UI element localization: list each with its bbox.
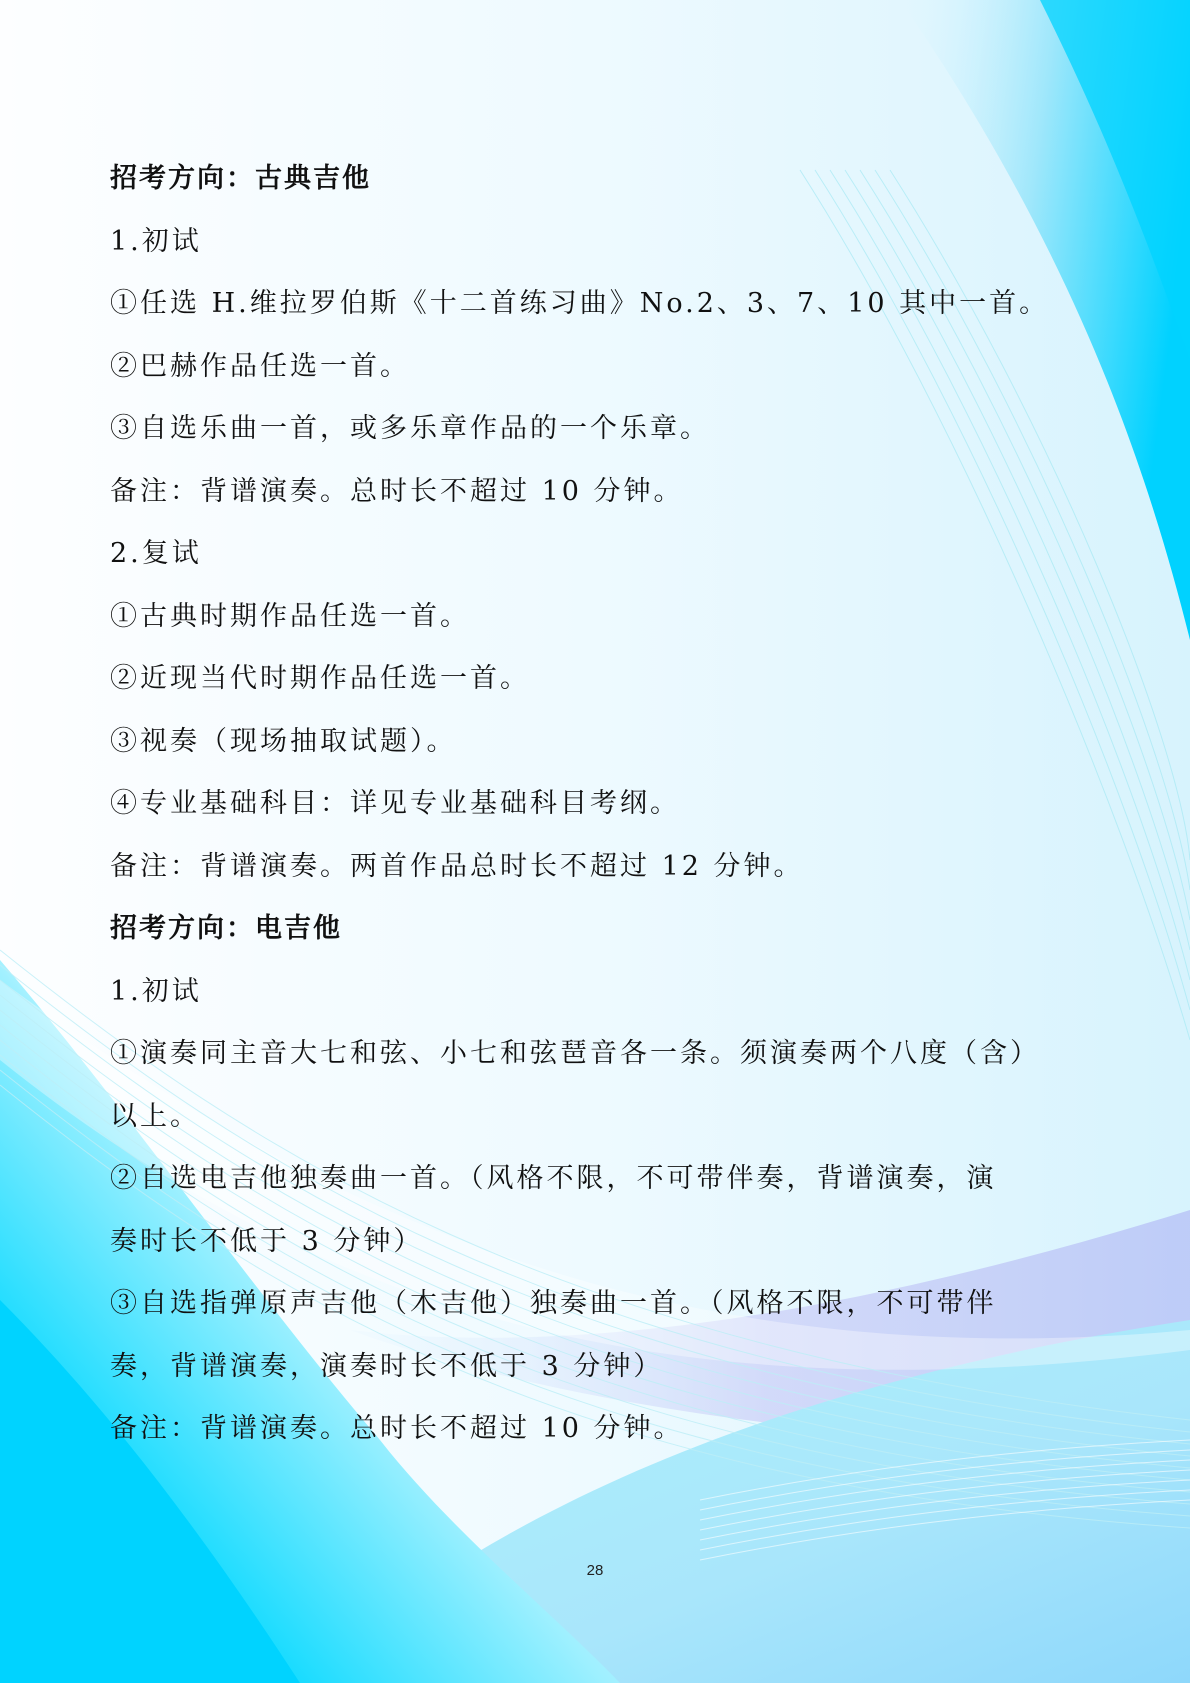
requirement-item: ②近现当代时期作品任选一首。 (110, 648, 1090, 711)
section-heading-classical-guitar: 招考方向：古典吉他 (110, 148, 1090, 211)
requirement-item: ②自选电吉他独奏曲一首。（风格不限，不可带伴奏，背谱演奏，演 (110, 1148, 1090, 1211)
section-heading-electric-guitar: 招考方向：电吉他 (110, 898, 1090, 961)
requirement-item: ①古典时期作品任选一首。 (110, 586, 1090, 649)
requirement-item: ②巴赫作品任选一首。 (110, 336, 1090, 399)
requirement-item: ③视奏（现场抽取试题）。 (110, 711, 1090, 774)
requirement-item-continued: 奏时长不低于 3 分钟） (110, 1211, 1090, 1274)
requirement-item: ③自选乐曲一首，或多乐章作品的一个乐章。 (110, 398, 1090, 461)
subsection-title: 2.复试 (110, 523, 1090, 586)
note-text: 备注：背谱演奏。总时长不超过 10 分钟。 (110, 461, 1090, 524)
document-body: 招考方向：古典吉他 1.初试 ①任选 H.维拉罗伯斯《十二首练习曲》No.2、3… (110, 148, 1090, 1461)
subsection-title: 1.初试 (110, 211, 1090, 274)
requirement-item-continued: 奏，背谱演奏，演奏时长不低于 3 分钟） (110, 1336, 1090, 1399)
page-number: 28 (0, 1562, 1190, 1579)
note-text: 备注：背谱演奏。两首作品总时长不超过 12 分钟。 (110, 836, 1090, 899)
note-text: 备注：背谱演奏。总时长不超过 10 分钟。 (110, 1398, 1090, 1461)
requirement-item-continued: 以上。 (110, 1086, 1090, 1149)
requirement-item: ③自选指弹原声吉他（木吉他）独奏曲一首。（风格不限，不可带伴 (110, 1273, 1090, 1336)
requirement-item: ①任选 H.维拉罗伯斯《十二首练习曲》No.2、3、7、10 其中一首。 (110, 273, 1090, 336)
requirement-item: ④专业基础科目：详见专业基础科目考纲。 (110, 773, 1090, 836)
subsection-title: 1.初试 (110, 961, 1090, 1024)
requirement-item: ①演奏同主音大七和弦、小七和弦琶音各一条。须演奏两个八度（含） (110, 1023, 1090, 1086)
